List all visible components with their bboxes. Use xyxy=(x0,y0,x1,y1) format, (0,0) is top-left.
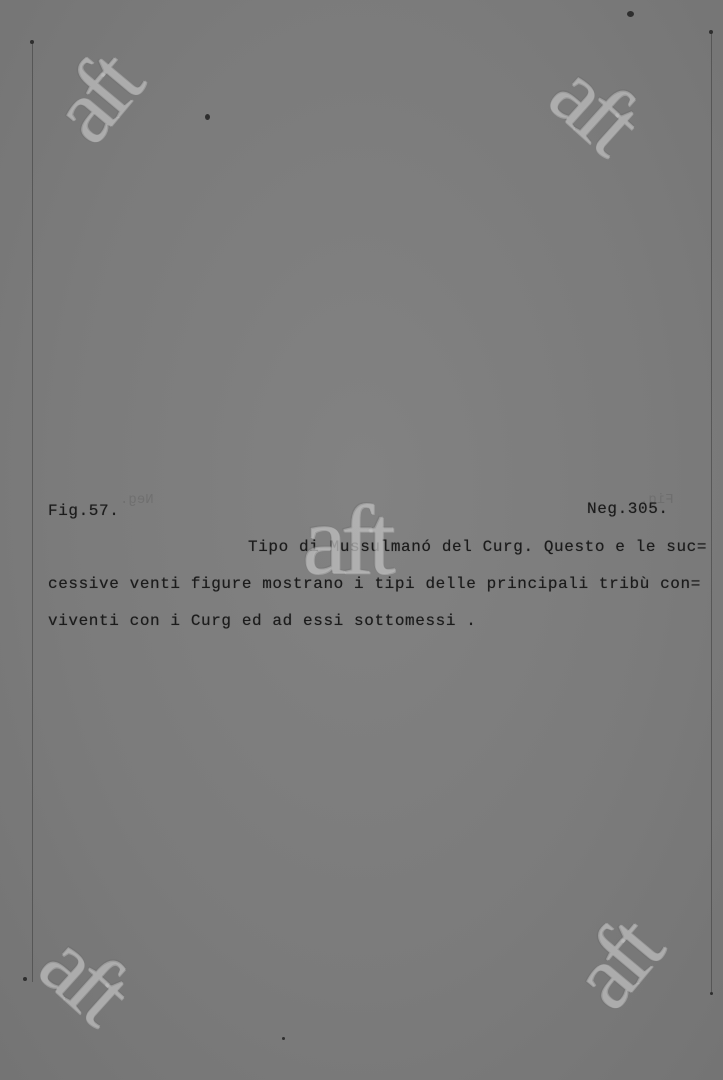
dust-speck xyxy=(709,30,713,34)
dust-speck xyxy=(627,11,634,17)
figure-number: Fig.57. xyxy=(48,502,119,520)
negative-number: Neg.305. xyxy=(587,500,669,518)
watermark-logo: aft xyxy=(24,915,144,1036)
left-margin-line xyxy=(32,42,33,982)
dust-speck xyxy=(205,114,210,120)
caption-line: viventi con i Curg ed ad essi sottomessi… xyxy=(48,612,476,630)
scanned-caption-card: Neg. Fig. aft aft aft aft Fig.57. Neg.30… xyxy=(0,0,723,1080)
bleed-through-text: Neg. xyxy=(120,492,154,508)
watermark-logo: aft xyxy=(534,45,654,166)
watermark-logo: aft xyxy=(34,38,155,158)
dust-speck xyxy=(282,1037,285,1040)
watermark-logo: aft xyxy=(302,490,389,590)
dust-speck xyxy=(710,992,713,995)
watermark-logo: aft xyxy=(554,904,675,1024)
right-margin-line xyxy=(711,32,712,992)
dust-speck xyxy=(30,40,34,44)
